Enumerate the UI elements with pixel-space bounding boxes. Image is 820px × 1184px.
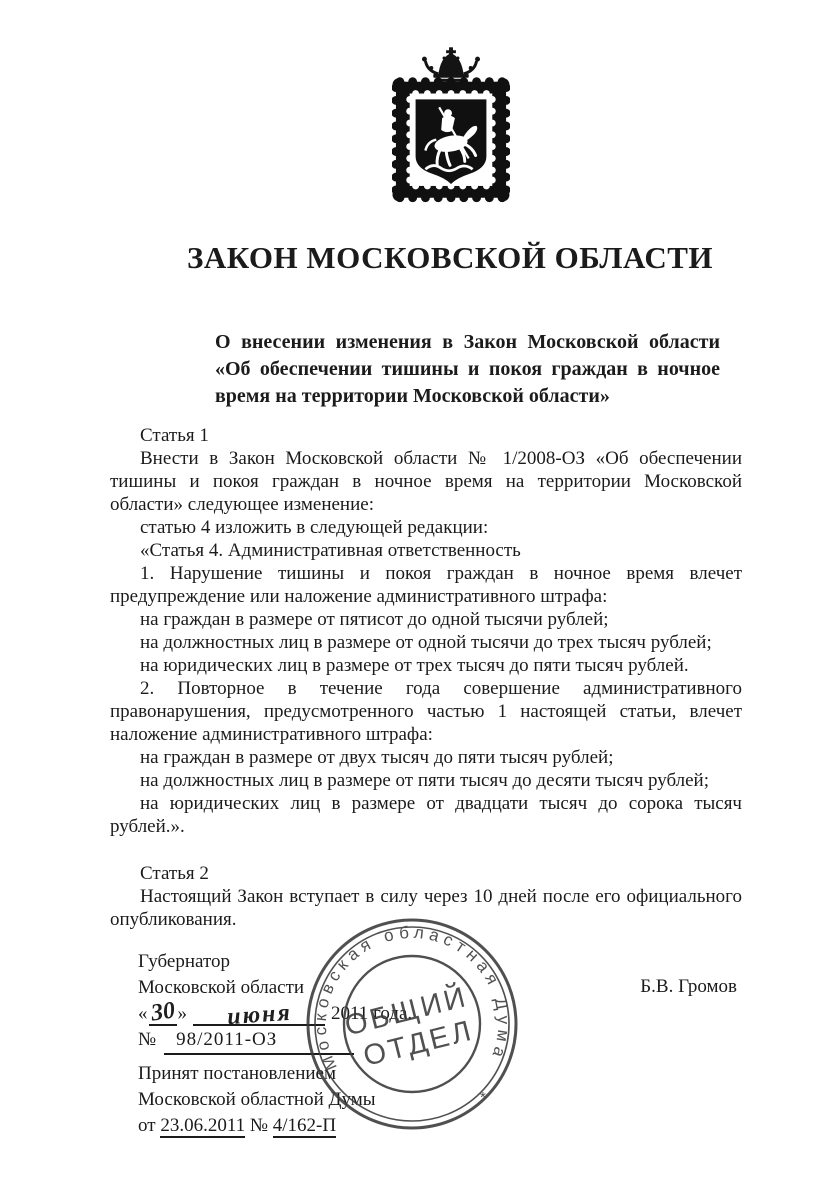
- subtitle-line: время на территории Московской области»: [215, 383, 720, 410]
- signing-date-line: «30»июня2011 года.: [138, 1001, 742, 1027]
- adoption-block: Принят постановлением Московской областн…: [138, 1061, 742, 1139]
- paragraph: «Статья 4. Административная ответственно…: [110, 539, 742, 562]
- paragraph: на граждан в размере от пятисот до одной…: [110, 608, 742, 631]
- year-text: 2011 года.: [331, 1003, 412, 1024]
- crown-icon: [422, 47, 480, 81]
- paragraph: на юридических лиц в размере от двадцати…: [110, 792, 742, 838]
- document-body: Статья 1 Внести в Закон Московской облас…: [110, 424, 742, 931]
- article-2-heading: Статья 2: [110, 862, 742, 885]
- signer-name: Б.В. Громов: [640, 974, 737, 1000]
- adoption-line: Принят постановлением: [138, 1061, 742, 1087]
- adoption-date: 23.06.2011: [160, 1115, 245, 1138]
- law-number-line: №98/2011-ОЗ: [138, 1027, 742, 1055]
- paragraph: на должностных лиц в размере от одной ты…: [110, 631, 742, 654]
- signer-post-line: Губернатор: [138, 949, 742, 975]
- open-quote: «: [138, 1003, 148, 1024]
- moscow-oblast-coat-of-arms-icon: [392, 44, 510, 204]
- document-content: ЗАКОН МОСКОВСКОЙ ОБЛАСТИ О внесении изме…: [0, 240, 820, 1139]
- paragraph: статью 4 изложить в следующей редакции:: [110, 516, 742, 539]
- handwritten-month: июня: [226, 1005, 292, 1025]
- document-title: ЗАКОН МОСКОВСКОЙ ОБЛАСТИ: [134, 240, 766, 276]
- number-sign: №: [250, 1115, 268, 1136]
- paragraph: на юридических лиц в размере от трех тыс…: [110, 654, 742, 677]
- adoption-prefix: от: [138, 1115, 156, 1136]
- handwritten-day: 30: [149, 1001, 175, 1022]
- handwritten-month-underline: июня: [193, 1004, 325, 1026]
- adoption-date-line: от 23.06.2011 № 4/162-П: [138, 1113, 742, 1139]
- paragraph: Внести в Закон Московской области № 1/20…: [110, 447, 742, 516]
- law-number-value: 98/2011-ОЗ: [164, 1027, 354, 1055]
- document-subtitle: О внесении изменения в Закон Московской …: [215, 329, 720, 410]
- subtitle-line: О внесении изменения в Закон Московской …: [215, 329, 720, 356]
- paragraph: на граждан в размере от двух тысяч до пя…: [110, 746, 742, 769]
- subtitle-line: «Об обеспечении тишины и покоя граждан в…: [215, 356, 720, 383]
- signature-block: Губернатор Московской области «30»июня20…: [138, 949, 742, 1139]
- coat-of-arms-svg: [392, 44, 510, 204]
- paragraph: 1. Нарушение тишины и покоя граждан в но…: [110, 562, 742, 608]
- handwritten-day-underline: 30: [149, 1003, 177, 1026]
- paragraph: Настоящий Закон вступает в силу через 10…: [110, 885, 742, 931]
- number-sign: №: [138, 1029, 156, 1050]
- adoption-number: 4/162-П: [273, 1115, 336, 1138]
- paragraph: 2. Повторное в течение года совершение а…: [110, 677, 742, 746]
- law-document-page: ЗАКОН МОСКОВСКОЙ ОБЛАСТИ О внесении изме…: [0, 0, 820, 1184]
- article-1-heading: Статья 1: [110, 424, 742, 447]
- paragraph: на должностных лиц в размере от пяти тыс…: [110, 769, 742, 792]
- close-quote: »: [178, 1003, 188, 1024]
- adoption-line: Московской областной Думы: [138, 1087, 742, 1113]
